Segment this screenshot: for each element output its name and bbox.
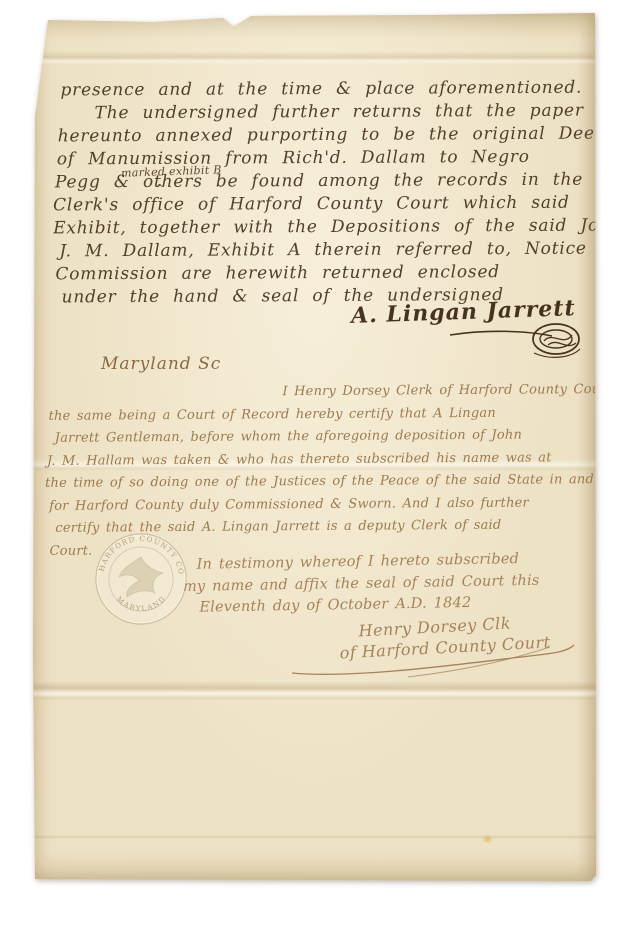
fold-crease-top [33,51,596,65]
attestation-paragraph: In testimony whereof I hereto subscribed… [182,549,523,619]
handwritten-line: J. M. Dallam, Exhibit A therein referred… [53,238,593,264]
signature-seal-flourish [448,309,588,373]
handwritten-line: Jarrett Gentleman, before whom the afore… [45,424,593,450]
signature-underline-flourish [288,611,578,681]
handwritten-line: hereunto annexed purporting to be the or… [53,123,593,149]
maryland-heading: Maryland Sc [101,354,221,374]
return-statement-paragraph: presence and at the time & place aforeme… [52,77,593,310]
handwritten-line: for Harford County duly Commissioned & S… [45,492,593,518]
fold-crease-bottom [33,835,596,839]
handwritten-line: I Henry Dorsey Clerk of Harford County C… [44,379,592,405]
insertion-caret: ^ [155,182,164,195]
handwritten-line: The undersigned further returns that the… [53,100,593,126]
handwritten-line: presence and at the time & place aforeme… [52,77,592,103]
document-photo: presence and at the time & place aforeme… [33,13,596,881]
handwritten-line: the time of so doing one of the Justices… [45,469,593,495]
handwritten-line: Exhibit, together with the Depositions o… [53,215,593,241]
handwritten-line: Commission are herewith returned enclose… [53,261,593,287]
fold-crease-lower [33,681,596,701]
handwritten-line: Clerk's office of Harford County Court w… [53,192,593,218]
manuscript-paper: presence and at the time & place aforeme… [33,13,596,881]
paper-stain [483,835,492,843]
embossed-court-seal: HARFORD COUNTY COURT MARYLAND [93,531,189,627]
